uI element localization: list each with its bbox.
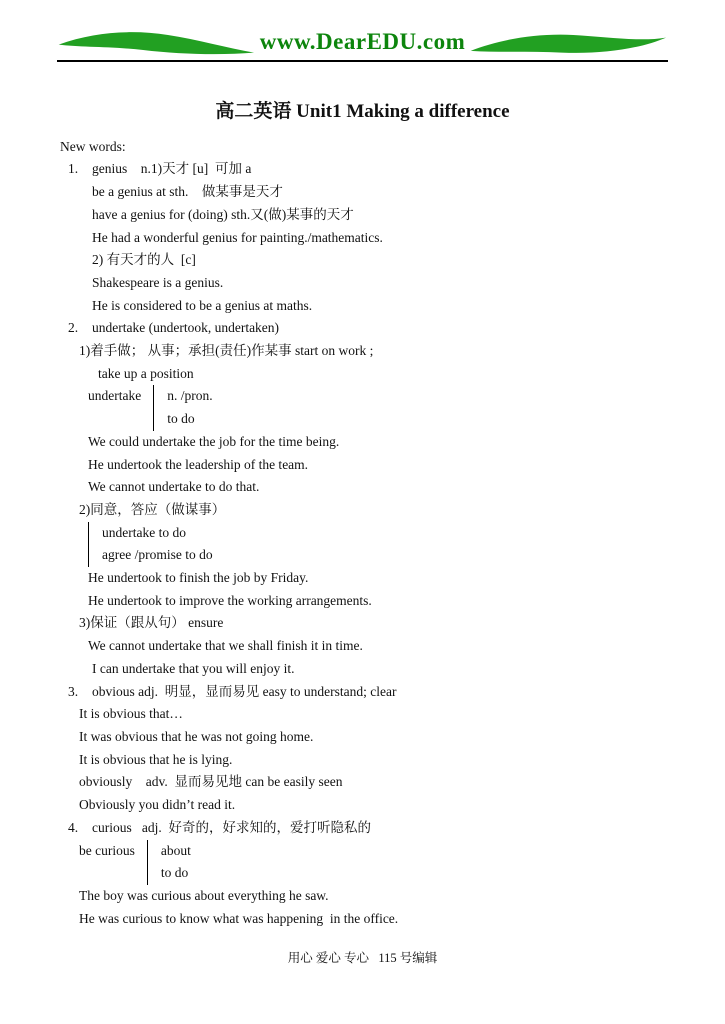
entry-line: He undertook to finish the job by Friday… bbox=[60, 567, 667, 590]
entry-number: 4. bbox=[68, 817, 92, 840]
entry-line: He undertook the leadership of the team. bbox=[60, 454, 667, 477]
fork-label: undertake bbox=[88, 385, 141, 408]
page-footer: 用心 爱心 专心 115 号编辑 bbox=[0, 948, 725, 966]
entry-headword: undertake (undertook, undertaken) bbox=[92, 317, 667, 340]
fork-option: to do bbox=[167, 408, 212, 431]
fork-option: about bbox=[161, 840, 191, 863]
fork-option: to do bbox=[161, 862, 191, 885]
site-logo-text: www.DearEDU.com bbox=[256, 29, 470, 55]
entry-line: Obviously you didn’t read it. bbox=[60, 794, 667, 817]
entry-line: The boy was curious about everything he … bbox=[60, 885, 667, 908]
word-entry-heading: 3.obvious adj. 明显，显而易见 easy to understan… bbox=[60, 681, 667, 704]
entry-line: He was curious to know what was happenin… bbox=[60, 908, 667, 931]
fork-label: be curious bbox=[79, 840, 135, 863]
fork-options: aboutto do bbox=[147, 840, 191, 885]
entry-line: have a genius for (doing) sth.又(做)某事的天才 bbox=[60, 204, 667, 227]
fork-options: undertake to doagree /promise to do bbox=[88, 522, 213, 567]
pattern-fork: undertaken. /pron.to do bbox=[60, 385, 667, 430]
entry-line: He had a wonderful genius for painting./… bbox=[60, 227, 667, 250]
site-banner-rule: www.DearEDU.com bbox=[57, 26, 668, 62]
entry-line: He undertook to improve the working arra… bbox=[60, 590, 667, 613]
banner-swoosh-left-icon bbox=[57, 27, 256, 57]
banner-swoosh-right-icon bbox=[469, 27, 668, 57]
entry-line: Shakespeare is a genius. bbox=[60, 272, 667, 295]
entry-line: 1)着手做； 从事；承担(责任)作某事 start on work ; bbox=[60, 340, 667, 363]
document-page: www.DearEDU.com 高二英语 Unit1 Making a diff… bbox=[0, 0, 725, 1024]
entry-line: It is obvious that he is lying. bbox=[60, 749, 667, 772]
site-banner: www.DearEDU.com bbox=[0, 0, 725, 62]
section-heading-new-words: New words: bbox=[60, 136, 667, 159]
entry-headword: curious adj. 好奇的，好求知的，爱打听隐私的 bbox=[92, 817, 667, 840]
fork-options: n. /pron.to do bbox=[153, 385, 212, 430]
pattern-fork: undertake to doagree /promise to do bbox=[60, 522, 667, 567]
entry-number: 2. bbox=[68, 317, 92, 340]
word-entry-heading: 2.undertake (undertook, undertaken) bbox=[60, 317, 667, 340]
vocabulary-list: 1.genius n.1)天才 [u] 可加 abe a genius at s… bbox=[60, 158, 667, 930]
entry-line: We cannot undertake that we shall finish… bbox=[60, 635, 667, 658]
fork-option: n. /pron. bbox=[167, 385, 212, 408]
entry-line: We cannot undertake to do that. bbox=[60, 476, 667, 499]
entry-line: 3)保证（跟从句） ensure bbox=[60, 612, 667, 635]
fork-option: agree /promise to do bbox=[102, 544, 213, 567]
page-title: 高二英语 Unit1 Making a difference bbox=[0, 96, 725, 123]
entry-line: 2)同意，答应（做谋事） bbox=[60, 499, 667, 522]
entry-line: We could undertake the job for the time … bbox=[60, 431, 667, 454]
entry-headword: genius n.1)天才 [u] 可加 a bbox=[92, 158, 667, 181]
entry-line: 2) 有天才的人 [c] bbox=[60, 249, 667, 272]
entry-line: He is considered to be a genius at maths… bbox=[60, 295, 667, 318]
entry-number: 3. bbox=[68, 681, 92, 704]
word-entry-heading: 1.genius n.1)天才 [u] 可加 a bbox=[60, 158, 667, 181]
entry-line: It is obvious that… bbox=[60, 703, 667, 726]
entry-line: take up a position bbox=[60, 363, 667, 386]
entry-line: It was obvious that he was not going hom… bbox=[60, 726, 667, 749]
entry-headword: obvious adj. 明显，显而易见 easy to understand;… bbox=[92, 681, 667, 704]
entry-line: be a genius at sth. 做某事是天才 bbox=[60, 181, 667, 204]
entry-number: 1. bbox=[68, 158, 92, 181]
entry-line: obviously adv. 显而易见地 can be easily seen bbox=[60, 771, 667, 794]
fork-option: undertake to do bbox=[102, 522, 213, 545]
lesson-content: New words: 1.genius n.1)天才 [u] 可加 abe a … bbox=[60, 136, 667, 931]
pattern-fork: be curiousaboutto do bbox=[60, 840, 667, 885]
word-entry-heading: 4.curious adj. 好奇的，好求知的，爱打听隐私的 bbox=[60, 817, 667, 840]
entry-line: I can undertake that you will enjoy it. bbox=[60, 658, 667, 681]
